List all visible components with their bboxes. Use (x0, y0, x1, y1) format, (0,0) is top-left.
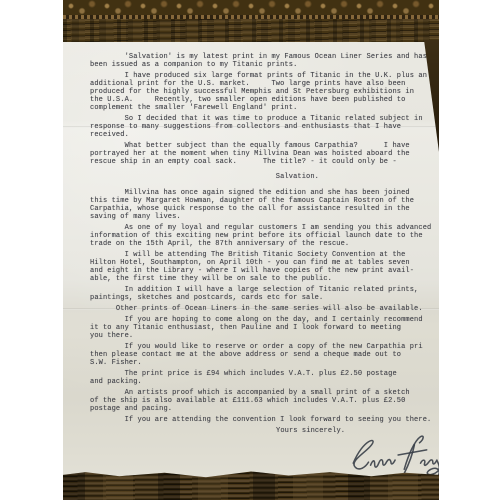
signature (341, 428, 439, 482)
letter-paragraph: If you are attending the convention I lo… (90, 416, 439, 424)
white-margin-right (439, 0, 500, 500)
letter-paragraph: An artists proof which is accompanied by… (90, 389, 439, 413)
letter-paragraph: If you are hoping to come along on the d… (90, 316, 439, 340)
letter-paragraph: Other prints of Ocean Liners in the same… (90, 305, 439, 313)
white-margin-left (0, 0, 63, 500)
letter-paragraph: Millvina has once again signed the editi… (90, 189, 439, 221)
letter-paragraph: I have produced six large format prints … (90, 72, 439, 112)
letter-paragraph: 'Salvation' is my latest print in my Fam… (90, 53, 439, 69)
letter-paragraph: So I decided that it was time to produce… (90, 115, 439, 139)
picture-frame-top (63, 0, 439, 42)
photo-of-letter: 'Salvation' is my latest print in my Fam… (0, 0, 500, 500)
letter-paragraph: If you would like to reserve or order a … (90, 343, 439, 367)
letter-paragraph: What better subject than the equally fam… (90, 142, 439, 166)
letter-paragraph: The print price is £94 which includes V.… (90, 370, 439, 386)
letter-paragraph: In addition I will have a large selectio… (90, 286, 439, 302)
letter-paper: 'Salvation' is my latest print in my Fam… (63, 36, 439, 478)
letter-paragraph: As one of my loyal and regular customers… (90, 224, 439, 248)
print-title-line: Salvation. (90, 173, 439, 181)
letter-photo: 'Salvation' is my latest print in my Fam… (63, 0, 439, 500)
letter-paragraph: I will be attending The British Titanic … (90, 251, 439, 283)
letter-body: 'Salvation' is my latest print in my Fam… (90, 53, 439, 438)
